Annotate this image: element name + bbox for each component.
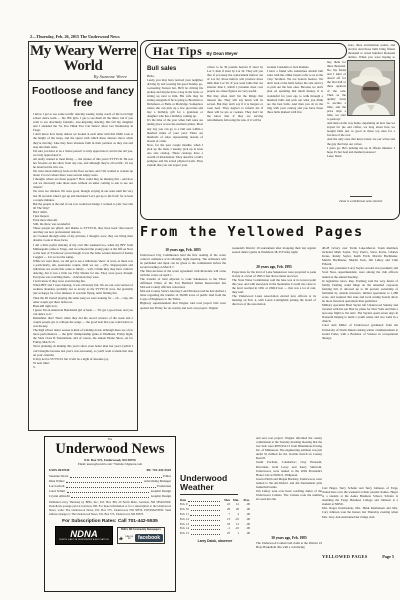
dean-meyer-photo [347, 60, 395, 116]
ndna-full-name: NORTH DAKOTA NEWSPAPER ASSOCIATION [59, 539, 109, 541]
dotted-leader [188, 501, 220, 502]
hat-tips-col1-text: Hello, Lately you may have noticed your … [147, 74, 203, 216]
weary-world-body: I know I get to see some terrific dancin… [33, 112, 133, 442]
masthead-publication-info: Published every Thursday by BHG, Inc., P… [49, 501, 171, 516]
dotted-leader [67, 492, 150, 493]
yellowed-col4b-text: Curt Heger, Terry Schafer and Terry John… [322, 486, 398, 548]
weather-observer: Larry Dziuk, observer [180, 539, 250, 543]
hat-tips-col2-text: calves to be 30 pounds heavier if sired … [207, 65, 263, 215]
weary-world-title: My Weary Werre World [29, 42, 137, 74]
masthead-box: The Underwood News P.O. Box 575, Underwo… [44, 436, 176, 592]
dotted-leader [191, 520, 220, 521]
weary-world-byline: By Suzanne Werre [29, 74, 137, 81]
facebook-logo: facebook [135, 534, 163, 542]
hat-tips-column-4: stars, three exclamation points, and cir… [327, 43, 395, 217]
staff-row: Crystal AlbrechtGraphic Design [49, 494, 171, 499]
weather-min: 1 [230, 531, 239, 536]
masthead-subscription-line: For Subscription Rates: Call 701-442-553… [49, 519, 171, 524]
dotted-leader [191, 534, 220, 535]
weather-date: Feb. 15 [180, 531, 189, 536]
dotted-leader [191, 525, 220, 526]
yellowed-col2-text: Projections for the level of Lake Sakaka… [232, 270, 316, 426]
weather-block: Underwood Weather Date Max Min. Prec. Fe… [180, 474, 250, 570]
staff-role: Graphic Design [151, 494, 171, 499]
yellowed-subhead-10-years: 10 years ago, Feb. 2005 [140, 248, 226, 252]
yellowed-col1-text: Underwood City Commission held the first… [140, 253, 226, 429]
continuation-marker: YELLOWED PAGES Page 5 [322, 554, 394, 559]
dotted-leader [66, 487, 156, 488]
yellowed-col3-text: 48-28 victory over Turtle Lake-Mercer. T… [322, 246, 398, 482]
masthead-logos-row: NDNA NORTH DAKOTA NEWSPAPER ASSOCIATION … [49, 526, 171, 545]
like-us-on-label: Like us on [125, 536, 133, 541]
hat-tips-header: Hat Tips By Dean Meyer [145, 43, 347, 59]
dotted-leader [191, 529, 220, 530]
yellowed-col2b-text: and seal coat project. Wagner informed t… [256, 436, 322, 534]
newspaper-page: 2—Thursday, Feb. 26, 2015 The Underwood … [0, 0, 400, 600]
staff-name: Crystal Albrecht [49, 494, 70, 499]
weary-world-article: My Weary Werre World By Suzanne Werre Fo… [28, 41, 138, 431]
masthead-address: P.O. Box 575, Underwood, ND 58576 [49, 458, 171, 462]
page-dateline: 2—Thursday, Feb. 26, 2015 The Underwood … [30, 34, 200, 39]
weather-title: Underwood Weather [180, 474, 238, 495]
thumbs-up-icon [119, 535, 123, 541]
dotted-leader [71, 497, 149, 498]
hat-tips-title: Hat Tips [153, 45, 202, 58]
yellowed-column-1: 10 years ago, Feb. 2005 Underwood City C… [140, 246, 226, 432]
facebook-promo-box: BHG's ND Community Newspapers Like us on… [117, 527, 165, 544]
end-divider [350, 196, 372, 197]
ndna-logo: NDNA NORTH DAKOTA NEWSPAPER ASSOCIATION [55, 526, 113, 545]
masthead-phone: Ph: 701-442-5525 [147, 468, 171, 472]
hat-tips-tagline: Dean is a Dickinson area rancher [327, 199, 395, 203]
hat-tips-col3-text: Grande Canadian or Jack Daniels. I have … [267, 65, 323, 215]
yellowed-column-2b: and seal coat project. Wagner informed t… [256, 436, 322, 566]
dotted-leader [189, 505, 220, 506]
hat-tips-column-1: Bull sales Hello, Lately you may have no… [147, 65, 203, 215]
yellowed-subhead-30-years: 30 years ago, Feb. 1985 [256, 536, 322, 540]
hat-tips-subhead: Bull sales [147, 65, 203, 72]
weather-table: Date Max Min. Prec. Feb. 92212.00 Feb. 1… [180, 498, 250, 536]
weather-prec: .00 [239, 531, 250, 536]
dotted-leader [191, 510, 220, 511]
masthead-name: Underwood News [49, 442, 171, 457]
dotted-leader [190, 515, 219, 516]
yellowed-col3b-text: The Underwood Comets laid claim to the D… [256, 541, 322, 561]
hat-tips-byline: By Dean Meyer [206, 51, 237, 56]
yellowed-column-2: weekend's District 10 tournament after d… [232, 246, 316, 432]
weary-world-headline: Footloose and fancy free [29, 85, 137, 109]
masthead-staff-list: Suzanne WerreEditor Dina WinterAdvertisi… [49, 474, 171, 499]
hat-tips-article: Hat Tips By Dean Meyer Bull sales Hello,… [140, 40, 400, 220]
facebook-promo-title: BHG's ND Community Newspapers [121, 529, 161, 531]
facebook-like-row: Like us on facebook [119, 534, 163, 542]
yellowed-pages-title: From the Yellowed Pages [140, 224, 398, 240]
weather-row: Feb. 15251.00 [180, 531, 250, 536]
continuation-label: YELLOWED PAGES [322, 554, 367, 559]
masthead-usps: USPS #647040 [49, 468, 69, 472]
yellowed-col2-intro: weekend's District 10 tournament after d… [232, 246, 316, 263]
continuation-page: Page 5 [382, 554, 394, 559]
masthead-usps-phone-row: USPS #647040 Ph: 701-442-5525 [49, 468, 171, 472]
masthead-contact: Email: unews@westriv.com • Website: bhgn… [49, 462, 171, 466]
weather-max: 25 [221, 531, 230, 536]
dotted-leader [66, 482, 142, 483]
yellowed-subhead-20-years: 20 years ago, Feb. 1995 [232, 265, 316, 269]
